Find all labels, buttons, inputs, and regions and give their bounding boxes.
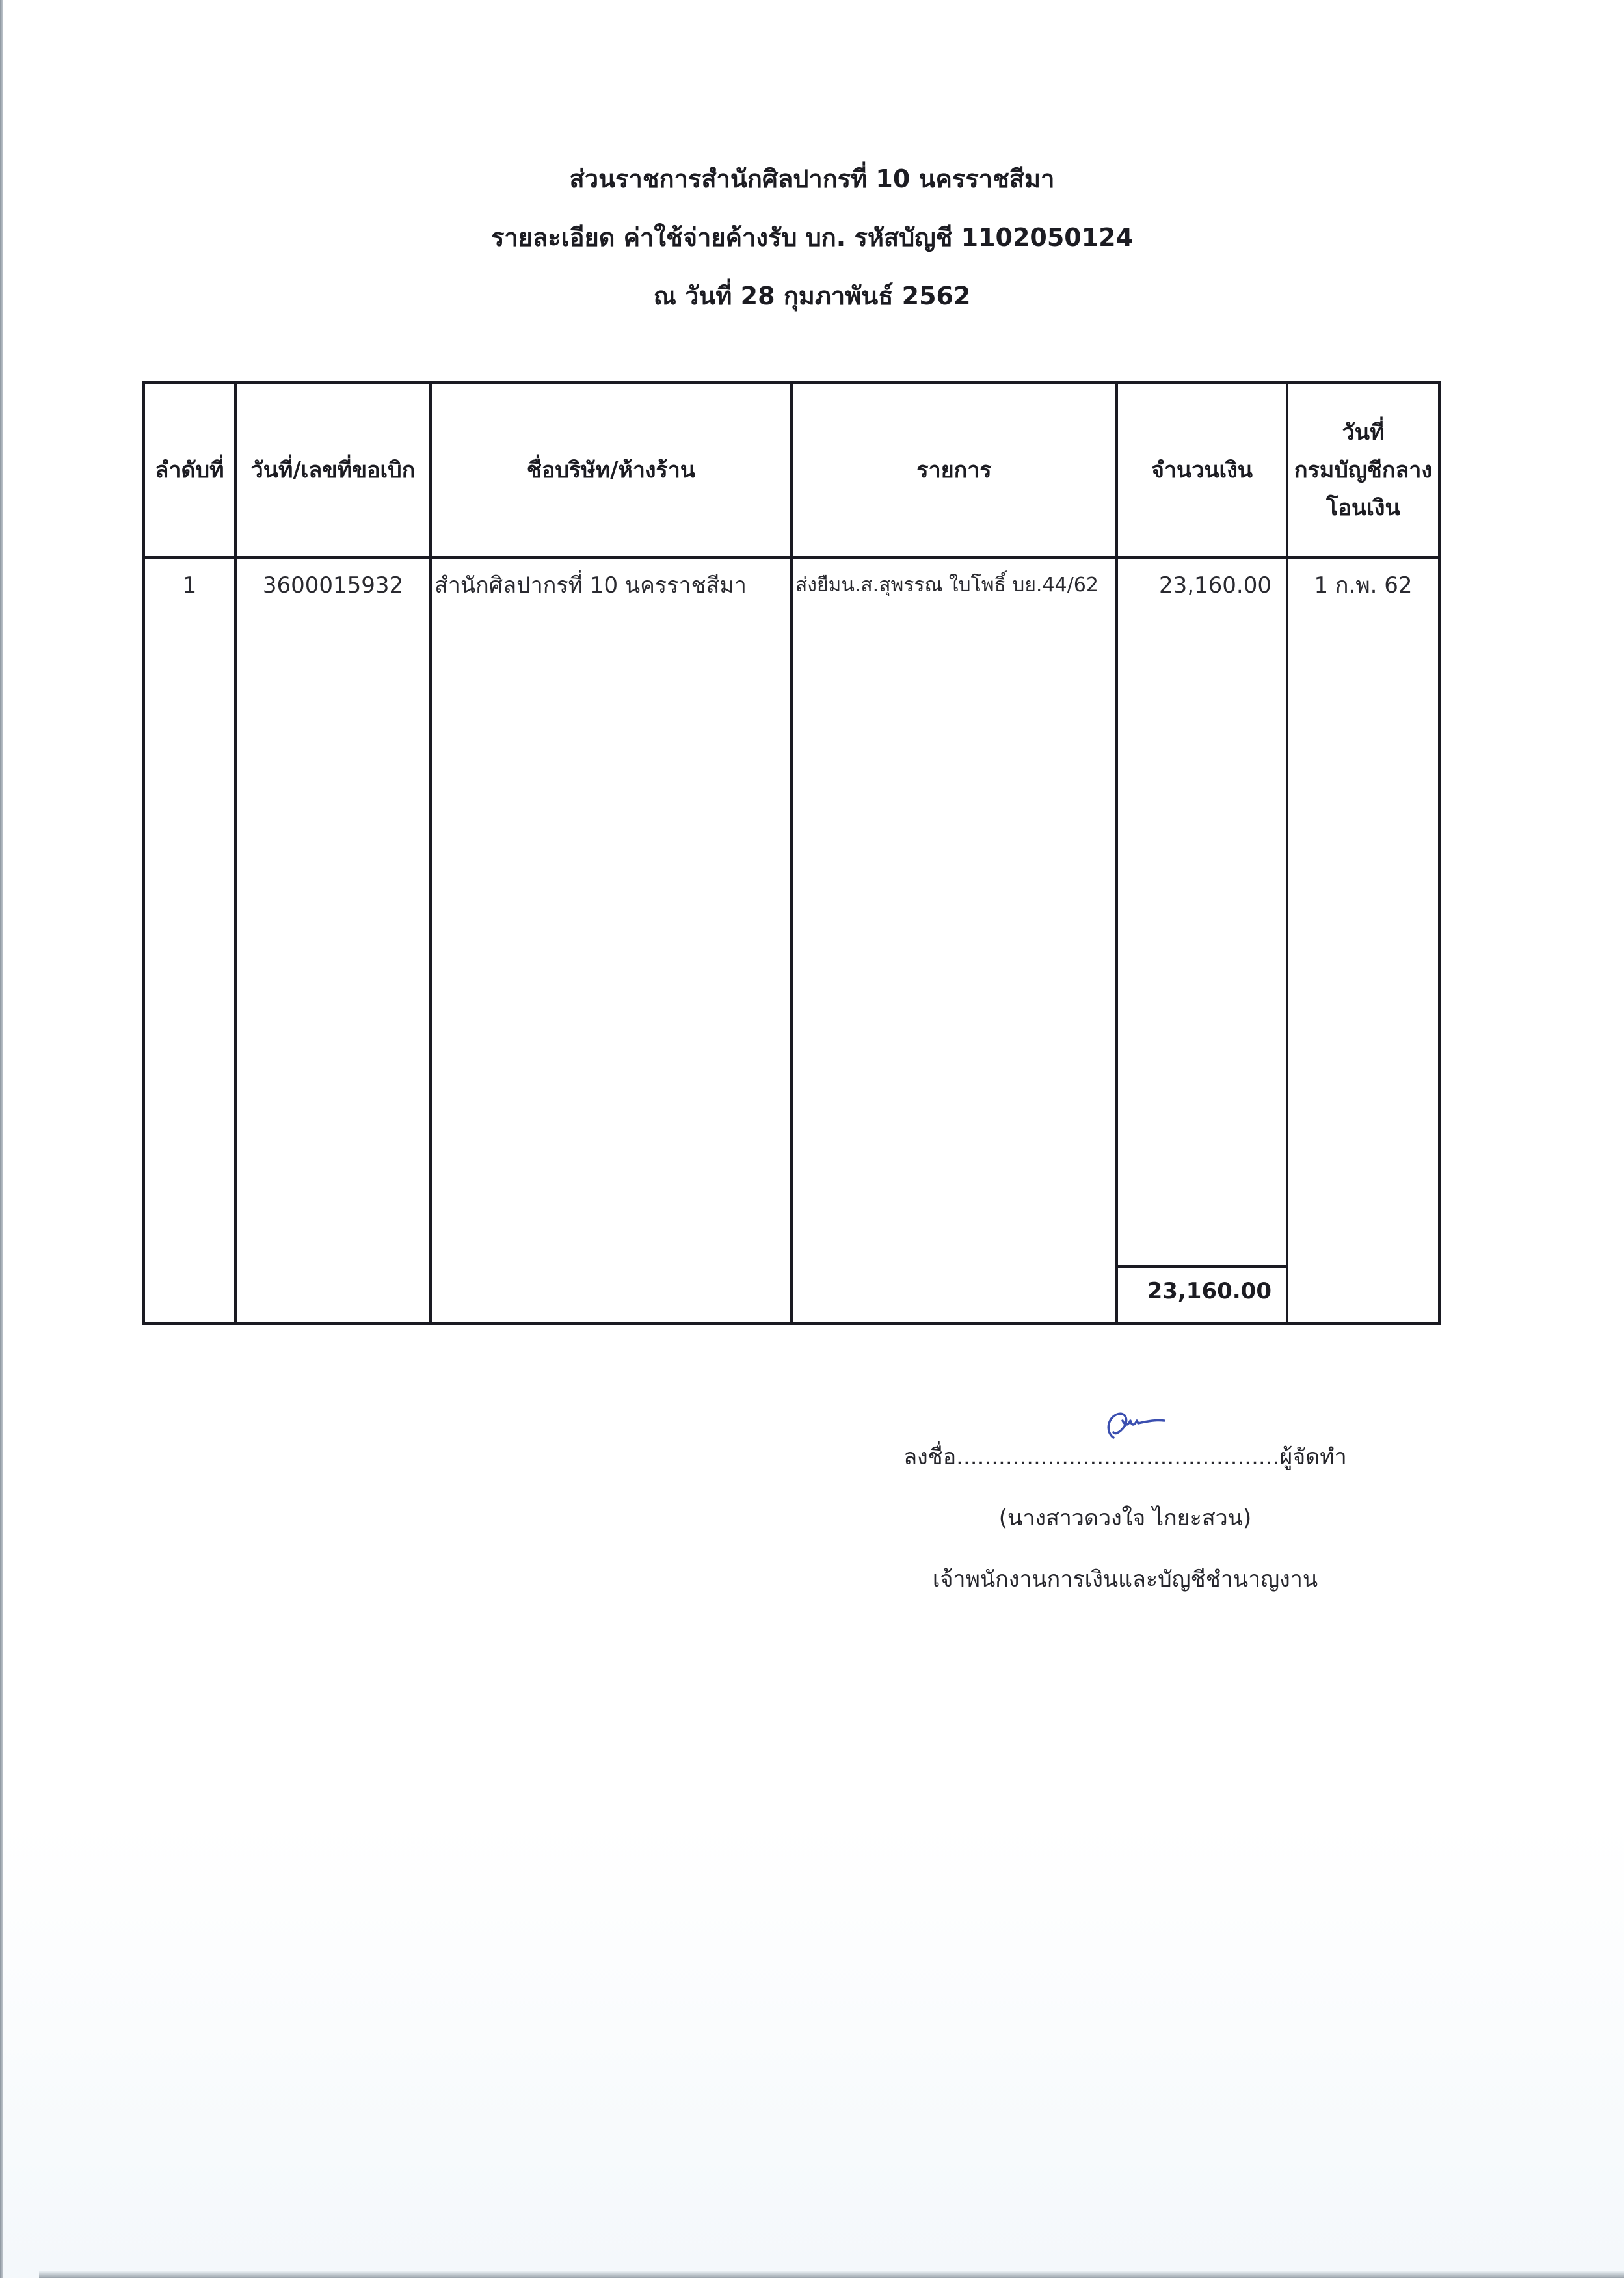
header-amount: จำนวนเงิน (1118, 384, 1286, 556)
signer-name: (นางสาวดวงใจ ไกยะสวน) (885, 1499, 1366, 1538)
row-1-description: ส่งยืมน.ส.สุพรรณ ใบโพธิ์ บย.44/62 (795, 569, 1114, 602)
signature-block: ลงชื่อ..................................… (885, 1399, 1366, 1599)
header-request-no: วันที่/เลขที่ขอเบิก (237, 384, 429, 556)
sign-suffix: ผู้จัดทำ (1279, 1444, 1346, 1470)
scan-edge-left (0, 0, 3, 2278)
header-company: ชื่อบริษัท/ห้างร้าน (432, 384, 790, 556)
sign-prefix: ลงชื่อ (903, 1444, 956, 1470)
row-1-transfer-date: 1 ก.พ. 62 (1288, 569, 1438, 602)
report-date: ณ วันที่ 28 กุมภาพันธ์ 2562 (0, 267, 1624, 325)
header-divider (145, 556, 1438, 559)
row-1-request-no: 3600015932 (237, 569, 429, 602)
total-divider (1115, 1265, 1286, 1268)
report-title: รายละเอียด ค่าใช้จ่ายค้างรับ บก. รหัสบัญ… (0, 208, 1624, 267)
header-description: รายการ (793, 384, 1115, 556)
header-transfer-date: วันที่ กรมบัญชีกลาง โอนเงิน (1288, 384, 1438, 556)
row-1-amount: 23,160.00 (1118, 569, 1271, 602)
scan-edge-bottom (39, 2271, 1624, 2278)
header-no: ลำดับที่ (145, 384, 234, 556)
signer-position: เจ้าพนักงานการเงินและบัญชีชำนาญงาน (885, 1560, 1366, 1599)
handwritten-signature-icon (1099, 1406, 1171, 1445)
agency-title: ส่วนราชการสำนักศิลปากรที่ 10 นครราชสีมา (0, 150, 1624, 208)
sign-dots: ........................................… (956, 1444, 1279, 1470)
row-1-company: สำนักศิลปากรที่ 10 นครราชสีมา (434, 569, 789, 602)
total-amount: 23,160.00 (1118, 1275, 1271, 1307)
document-title-block: ส่วนราชการสำนักศิลปากรที่ 10 นครราชสีมา … (0, 150, 1624, 325)
row-1-no: 1 (145, 569, 234, 602)
expense-table: ลำดับที่ วันที่/เลขที่ขอเบิก ชื่อบริษัท/… (142, 381, 1441, 1325)
signature-line: ลงชื่อ..................................… (885, 1438, 1366, 1477)
